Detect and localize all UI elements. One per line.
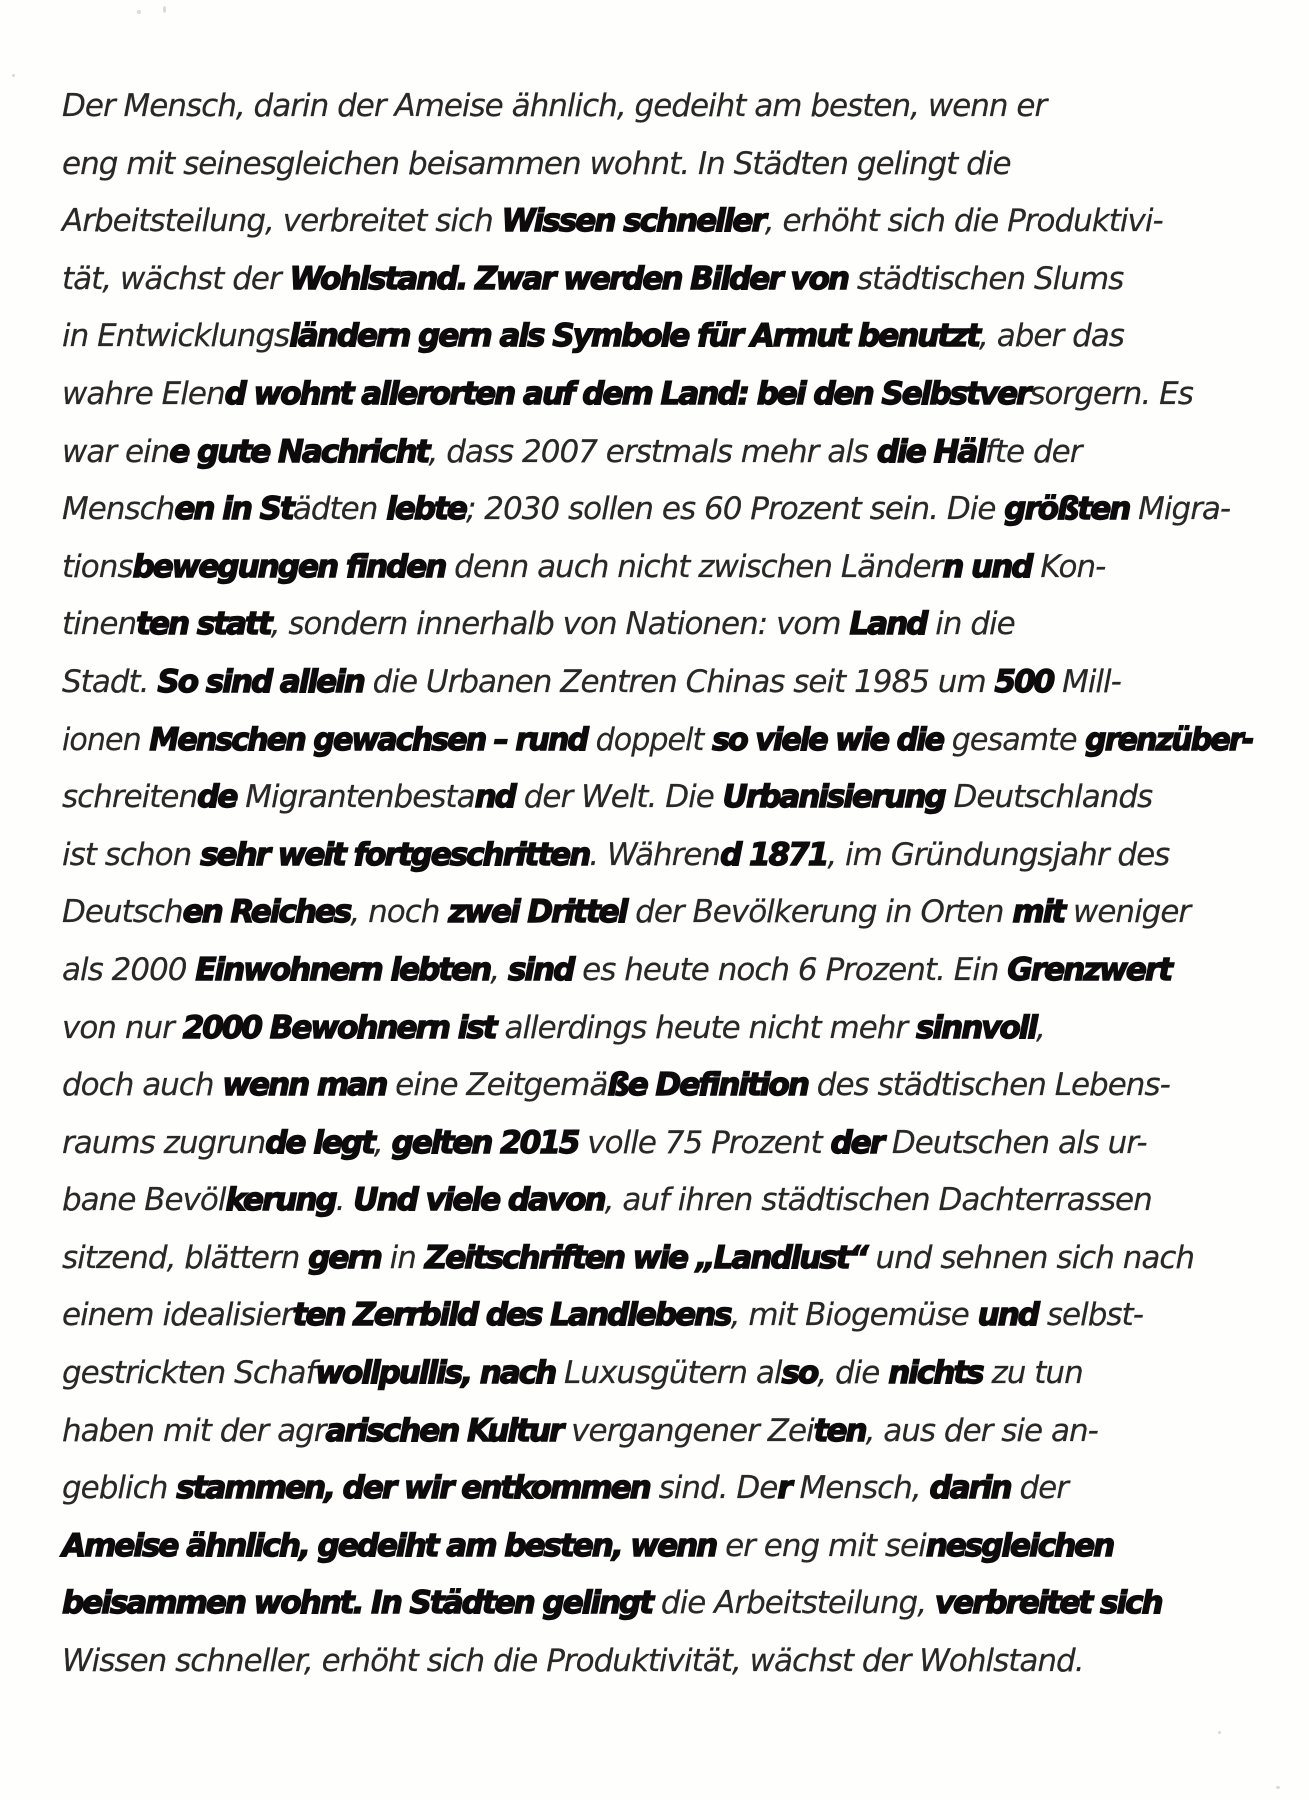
handwritten-line: schreitende Migrantenbestand der Welt. D… bbox=[62, 769, 1252, 827]
handwritten-line: Arbeitsteilung, verbreitet sich Wissen s… bbox=[62, 193, 1252, 251]
thin-ink-segment: in die bbox=[926, 606, 1014, 642]
heavy-ink-segment: Menschen gewachsen – rund bbox=[149, 722, 587, 758]
heavy-ink-segment: Und viele davon bbox=[353, 1182, 604, 1218]
heavy-ink-segment: der bbox=[830, 1125, 883, 1161]
thin-ink-segment: der Bevölkerung in Orten bbox=[626, 894, 1012, 930]
heavy-ink-segment: Ameise ähnlich, gedeiht am besten, wenn bbox=[62, 1528, 716, 1564]
heavy-ink-segment: gern bbox=[308, 1240, 381, 1276]
scan-speck bbox=[12, 74, 15, 77]
thin-ink-segment: . Währen bbox=[589, 837, 720, 873]
thin-ink-segment: war ein bbox=[62, 434, 169, 470]
thin-ink-segment: , noch bbox=[350, 894, 448, 930]
handwritten-line: in Entwicklungsländern gern als Symbole … bbox=[62, 308, 1252, 366]
thin-ink-segment: Wissen schneller, erhöht sich die Produk… bbox=[62, 1643, 1084, 1679]
thin-ink-segment: vergangener Zei bbox=[562, 1413, 813, 1449]
scan-speck bbox=[1276, 1786, 1280, 1789]
handwritten-line: Wissen schneller, erhöht sich die Produk… bbox=[62, 1633, 1252, 1691]
heavy-ink-segment: gelten 2015 bbox=[392, 1125, 579, 1161]
thin-ink-segment: die Arbeitsteilung, bbox=[652, 1585, 935, 1621]
thin-ink-segment: , aber das bbox=[979, 318, 1124, 354]
thin-ink-segment: , bbox=[374, 1125, 392, 1161]
thin-ink-segment: tions bbox=[62, 549, 133, 585]
heavy-ink-segment: de legt bbox=[265, 1125, 374, 1161]
thin-ink-segment: doch auch bbox=[62, 1067, 222, 1103]
thin-ink-segment: Der Mensch, darin der Ameise ähnlich, ge… bbox=[62, 88, 1046, 124]
handwritten-line: wahre Elend wohnt allerorten auf dem Lan… bbox=[62, 366, 1252, 424]
heavy-ink-segment: mit bbox=[1012, 894, 1064, 930]
heavy-ink-segment: lebte bbox=[386, 491, 466, 527]
scan-speck bbox=[1218, 1731, 1221, 1734]
heavy-ink-segment: 500 bbox=[995, 664, 1054, 700]
heavy-ink-segment: kerung bbox=[226, 1182, 336, 1218]
thin-ink-segment: und sehnen sich nach bbox=[867, 1240, 1194, 1276]
thin-ink-segment: er eng mit sei bbox=[716, 1528, 925, 1564]
thin-ink-segment: tät, wächst der bbox=[62, 261, 290, 297]
heavy-ink-segment: darin bbox=[930, 1470, 1011, 1506]
handwritten-line: eng mit seinesgleichen beisammen wohnt. … bbox=[62, 136, 1252, 194]
heavy-ink-segment: d wohnt allerorten auf dem Land: bei den… bbox=[225, 376, 1030, 412]
handwritten-line: gestrickten Schafwollpullis, nach Luxusg… bbox=[62, 1345, 1252, 1403]
heavy-ink-segment: en Reiches bbox=[183, 894, 351, 930]
thin-ink-segment: , die bbox=[817, 1355, 888, 1391]
thin-ink-segment: volle 75 Prozent bbox=[578, 1125, 830, 1161]
thin-ink-segment: selbst- bbox=[1038, 1297, 1143, 1333]
handwritten-line: beisammen wohnt. In Städten gelingt die … bbox=[62, 1575, 1252, 1633]
thin-ink-segment: allerdings heute nicht mehr bbox=[496, 1010, 916, 1046]
handwritten-line: tinenten statt, sondern innerhalb von Na… bbox=[62, 596, 1252, 654]
heavy-ink-segment: zwei Drittel bbox=[448, 894, 626, 930]
handwritten-line: als 2000 Einwohnern lebten, sind es heut… bbox=[62, 942, 1252, 1000]
thin-ink-segment: Deutschen als ur- bbox=[883, 1125, 1147, 1161]
heavy-ink-segment: sind bbox=[508, 952, 573, 988]
heavy-ink-segment: Zeitschriften wie „Landlust“ bbox=[425, 1240, 867, 1276]
heavy-ink-segment: ten bbox=[814, 1413, 866, 1449]
heavy-ink-segment: So sind allein bbox=[157, 664, 363, 700]
heavy-ink-segment: Wohlstand. Zwar werden Bilder von bbox=[290, 261, 848, 297]
thin-ink-segment: zu tun bbox=[983, 1355, 1083, 1391]
thin-ink-segment: denn auch nicht zwischen Länder bbox=[445, 549, 942, 585]
heavy-ink-segment: arischen Kultur bbox=[325, 1413, 562, 1449]
thin-ink-segment: in Entwicklungs bbox=[62, 318, 289, 354]
thin-ink-segment: der Welt. Die bbox=[515, 779, 723, 815]
thin-ink-segment: von nur bbox=[62, 1010, 183, 1046]
heavy-ink-segment: und bbox=[978, 1297, 1038, 1333]
handwritten-line: Der Mensch, darin der Ameise ähnlich, ge… bbox=[62, 78, 1252, 136]
thin-ink-segment: Migrantenbesta bbox=[236, 779, 474, 815]
handwritten-line: ist schon sehr weit fortgeschritten. Wäh… bbox=[62, 827, 1252, 885]
heavy-ink-segment: ten statt bbox=[136, 606, 271, 642]
thin-ink-segment: des städtischen Lebens- bbox=[808, 1067, 1170, 1103]
heavy-ink-segment: Land bbox=[849, 606, 926, 642]
handwritten-line: bane Bevölkerung. Und viele davon, auf i… bbox=[62, 1172, 1252, 1230]
thin-ink-segment: wahre Elen bbox=[62, 376, 225, 412]
handwritten-line: tionsbewegungen finden denn auch nicht z… bbox=[62, 539, 1252, 597]
thin-ink-segment: gesamte bbox=[943, 722, 1085, 758]
thin-ink-segment: der bbox=[1011, 1470, 1068, 1506]
heavy-ink-segment: n und bbox=[942, 549, 1031, 585]
heavy-ink-segment: Grenzwert bbox=[1007, 952, 1171, 988]
heavy-ink-segment: größten bbox=[1004, 491, 1129, 527]
heavy-ink-segment: nichts bbox=[888, 1355, 982, 1391]
handwritten-line: Ameise ähnlich, gedeiht am besten, wenn … bbox=[62, 1518, 1252, 1576]
thin-ink-segment: Mensch, bbox=[791, 1470, 930, 1506]
heavy-ink-segment: sehr weit fortgeschritten bbox=[200, 837, 589, 873]
thin-ink-segment: . bbox=[336, 1182, 354, 1218]
thin-ink-segment: geblich bbox=[62, 1470, 176, 1506]
thin-ink-segment: weniger bbox=[1064, 894, 1190, 930]
handwritten-line: tät, wächst der Wohlstand. Zwar werden B… bbox=[62, 251, 1252, 309]
heavy-ink-segment: Einwohnern lebten bbox=[195, 952, 490, 988]
heavy-ink-segment: ländern gern als Symbole für Armut benut… bbox=[289, 318, 979, 354]
thin-ink-segment: Deutsch bbox=[62, 894, 183, 930]
thin-ink-segment: Mill- bbox=[1053, 664, 1121, 700]
heavy-ink-segment: Wissen schneller bbox=[502, 203, 765, 239]
heavy-ink-segment: die Häl bbox=[877, 434, 985, 470]
heavy-ink-segment: Urbanisierung bbox=[723, 779, 945, 815]
thin-ink-segment: eine Zeitgemä bbox=[386, 1067, 607, 1103]
thin-ink-segment: in bbox=[381, 1240, 425, 1276]
handwritten-text-block: Der Mensch, darin der Ameise ähnlich, ge… bbox=[62, 78, 1252, 1691]
thin-ink-segment: , erhöht sich die Produktivi- bbox=[765, 203, 1163, 239]
handwritten-line: war eine gute Nachricht, dass 2007 erstm… bbox=[62, 424, 1252, 482]
thin-ink-segment: raums zugrun bbox=[62, 1125, 265, 1161]
thin-ink-segment: einem idealisier bbox=[62, 1297, 293, 1333]
handwritten-line: Deutschen Reiches, noch zwei Drittel der… bbox=[62, 884, 1252, 942]
thin-ink-segment: doppelt bbox=[587, 722, 712, 758]
thin-ink-segment: , dass 2007 erstmals mehr als bbox=[429, 434, 877, 470]
thin-ink-segment: Kon- bbox=[1031, 549, 1105, 585]
thin-ink-segment: gestrickten Schaf bbox=[62, 1355, 315, 1391]
heavy-ink-segment: de bbox=[197, 779, 236, 815]
handwritten-line: ionen Menschen gewachsen – rund doppelt … bbox=[62, 712, 1219, 770]
thin-ink-segment: bane Bevöl bbox=[62, 1182, 226, 1218]
thin-ink-segment: eng mit seinesgleichen beisammen wohnt. … bbox=[62, 146, 1011, 182]
heavy-ink-segment: beisammen wohnt. In Städten gelingt bbox=[62, 1585, 652, 1621]
heavy-ink-segment: verbreitet sich bbox=[935, 1585, 1162, 1621]
heavy-ink-segment: so viele wie die bbox=[712, 722, 943, 758]
handwritten-line: geblich stammen, der wir entkommen sind.… bbox=[62, 1460, 1252, 1518]
thin-ink-segment: ; 2030 sollen es 60 Prozent sein. Die bbox=[466, 491, 1004, 527]
thin-ink-segment: ist schon bbox=[62, 837, 200, 873]
handwritten-line: einem idealisierten Zerrbild des Landleb… bbox=[62, 1287, 1252, 1345]
heavy-ink-segment: ße Definition bbox=[607, 1067, 808, 1103]
thin-ink-segment: , mit Biogemüse bbox=[731, 1297, 978, 1333]
thin-ink-segment: , sondern innerhalb von Nationen: vom bbox=[271, 606, 850, 642]
thin-ink-segment: Arbeitsteilung, verbreitet sich bbox=[62, 203, 502, 239]
thin-ink-segment: Luxusgütern al bbox=[555, 1355, 781, 1391]
heavy-ink-segment: r bbox=[777, 1470, 790, 1506]
heavy-ink-segment: nd bbox=[475, 779, 515, 815]
heavy-ink-segment: so bbox=[782, 1355, 818, 1391]
thin-ink-segment: sorgern. Es bbox=[1029, 376, 1192, 412]
heavy-ink-segment: stammen, der wir entkommen bbox=[176, 1470, 650, 1506]
heavy-ink-segment: wenn man bbox=[222, 1067, 386, 1103]
handwritten-line: doch auch wenn man eine Zeitgemäße Defin… bbox=[62, 1057, 1252, 1115]
thin-ink-segment: , im Gründungsjahr des bbox=[827, 837, 1169, 873]
thin-ink-segment: , auf ihren städtischen Dachterrassen bbox=[605, 1182, 1152, 1218]
thin-ink-segment: haben mit der agr bbox=[62, 1413, 325, 1449]
heavy-ink-segment: d 1871 bbox=[720, 837, 827, 873]
thin-ink-segment: Mensch bbox=[62, 491, 174, 527]
thin-ink-segment: schreiten bbox=[62, 779, 197, 815]
handwritten-line: haben mit der agrarischen Kultur vergang… bbox=[62, 1403, 1252, 1461]
heavy-ink-segment: 2000 Bewohnern ist bbox=[183, 1010, 496, 1046]
thin-ink-segment: die Urbanen Zentren Chinas seit 1985 um bbox=[364, 664, 995, 700]
thin-ink-segment: ädten bbox=[293, 491, 386, 527]
heavy-ink-segment: en in St bbox=[174, 491, 293, 527]
thin-ink-segment: sitzend, blättern bbox=[62, 1240, 308, 1276]
heavy-ink-segment: wollpullis, nach bbox=[315, 1355, 555, 1391]
thin-ink-segment: sind. De bbox=[650, 1470, 778, 1506]
scan-speck bbox=[163, 6, 166, 13]
handwritten-line: von nur 2000 Bewohnern ist allerdings he… bbox=[62, 1000, 1252, 1058]
handwritten-line: raums zugrunde legt, gelten 2015 volle 7… bbox=[62, 1115, 1252, 1173]
thin-ink-segment: tinen bbox=[62, 606, 136, 642]
handwritten-line: Stadt. So sind allein die Urbanen Zentre… bbox=[62, 654, 1252, 712]
heavy-ink-segment: grenzüber- bbox=[1085, 722, 1252, 758]
thin-ink-segment: , bbox=[490, 952, 508, 988]
thin-ink-segment: Migra- bbox=[1129, 491, 1230, 527]
thin-ink-segment: fte der bbox=[985, 434, 1082, 470]
thin-ink-segment: städtischen Slums bbox=[848, 261, 1123, 297]
thin-ink-segment: als 2000 bbox=[62, 952, 195, 988]
heavy-ink-segment: ten Zerrbild des Landlebens bbox=[293, 1297, 731, 1333]
scan-speck bbox=[137, 10, 141, 14]
thin-ink-segment: Deutschlands bbox=[945, 779, 1153, 815]
handwritten-line: sitzend, blättern gern in Zeitschriften … bbox=[62, 1230, 1252, 1288]
handwritten-line: Menschen in Städten lebte; 2030 sollen e… bbox=[62, 481, 1252, 539]
thin-ink-segment: , aus der sie an- bbox=[866, 1413, 1098, 1449]
thin-ink-segment: Stadt. bbox=[62, 664, 157, 700]
heavy-ink-segment: sinnvoll bbox=[916, 1010, 1036, 1046]
scanned-handwritten-page: Der Mensch, darin der Ameise ähnlich, ge… bbox=[0, 0, 1309, 1800]
heavy-ink-segment: e gute Nachricht bbox=[169, 434, 428, 470]
heavy-ink-segment: bewegungen finden bbox=[133, 549, 446, 585]
heavy-ink-segment: nesgleichen bbox=[926, 1528, 1114, 1564]
thin-ink-segment: , bbox=[1036, 1010, 1045, 1046]
thin-ink-segment: es heute noch 6 Prozent. Ein bbox=[573, 952, 1007, 988]
thin-ink-segment: ionen bbox=[62, 722, 149, 758]
